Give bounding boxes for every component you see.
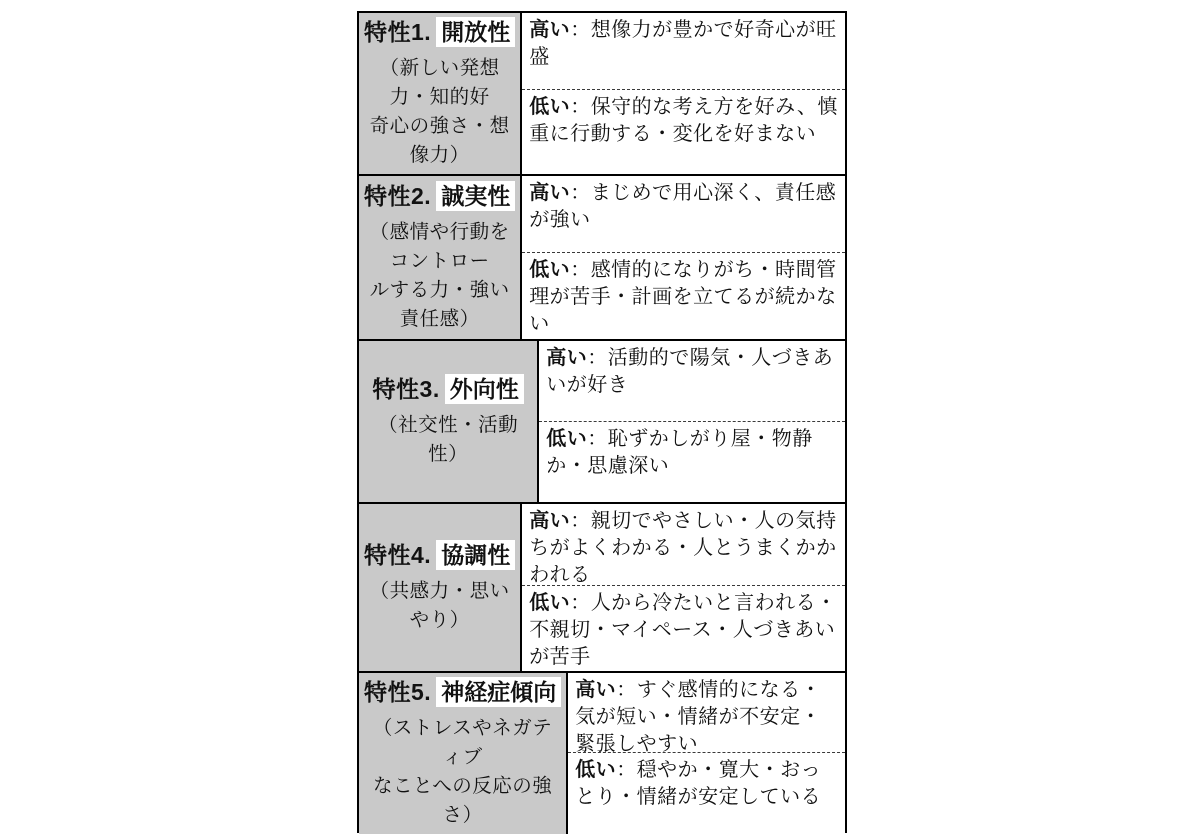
high-description: 高い：親切でやさしい・人の気持ちがよくわかる・人とうまくかかわれる: [522, 504, 845, 586]
low-label: 低い: [529, 96, 570, 118]
colon: ：: [570, 19, 591, 41]
colon: ：: [570, 592, 591, 614]
colon: ：: [616, 679, 637, 701]
low-description: 低い：保守的な考え方を好み、慎重に行動する・変化を好まない: [522, 90, 845, 174]
trait-row-conscientiousness: 特性2.誠実性 （感情や行動をコントロー ルする力・強い責任感） 高い：まじめで…: [359, 176, 845, 341]
trait-number: 特性4.: [364, 542, 431, 568]
trait-name: 外向性: [445, 374, 524, 404]
trait-subtitle: （感情や行動をコントロー ルする力・強い責任感）: [364, 218, 515, 334]
trait-subtitle: （共感力・思いやり）: [364, 577, 515, 635]
trait-subtitle: （社交性・活動性）: [364, 411, 532, 469]
colon: ：: [570, 259, 591, 281]
high-label: 高い: [546, 347, 587, 369]
low-label: 低い: [546, 428, 587, 450]
trait-header-cell: 特性4.協調性 （共感力・思いやり）: [359, 504, 522, 671]
low-label: 低い: [529, 592, 570, 614]
trait-title: 特性5.神経症傾向: [364, 677, 561, 707]
colon: ：: [570, 96, 591, 118]
low-label: 低い: [529, 259, 570, 281]
trait-subtitle: （ストレスやネガティブ なことへの反応の強さ）: [364, 714, 561, 830]
low-description: 低い：恥ずかしがり屋・物静か・思慮深い: [539, 422, 845, 502]
trait-row-extraversion: 特性3.外向性 （社交性・活動性） 高い：活動的で陽気・人づきあいが好き 低い：…: [359, 341, 845, 504]
high-description: 高い：想像力が豊かで好奇心が旺盛: [522, 13, 845, 90]
personality-traits-table: 特性1.開放性 （新しい発想力・知的好 奇心の強さ・想像力） 高い：想像力が豊か…: [357, 11, 847, 833]
trait-descriptions-cell: 高い：活動的で陽気・人づきあいが好き 低い：恥ずかしがり屋・物静か・思慮深い: [539, 341, 845, 502]
high-description: 高い：まじめで用心深く、責任感が強い: [522, 176, 845, 253]
colon: ：: [570, 182, 591, 204]
trait-row-neuroticism: 特性5.神経症傾向 （ストレスやネガティブ なことへの反応の強さ） 高い：すぐ感…: [359, 673, 845, 834]
trait-descriptions-cell: 高い：すぐ感情的になる・気が短い・情緒が不安定・緊張しやすい 低い：穏やか・寛大…: [568, 673, 845, 834]
trait-name: 神経症傾向: [436, 677, 561, 707]
trait-row-openness: 特性1.開放性 （新しい発想力・知的好 奇心の強さ・想像力） 高い：想像力が豊か…: [359, 13, 845, 176]
trait-descriptions-cell: 高い：親切でやさしい・人の気持ちがよくわかる・人とうまくかかわれる 低い：人から…: [522, 504, 845, 671]
trait-number: 特性5.: [364, 679, 431, 705]
colon: ：: [587, 428, 608, 450]
trait-descriptions-cell: 高い：まじめで用心深く、責任感が強い 低い：感情的になりがち・時間管理が苦手・計…: [522, 176, 845, 339]
trait-title: 特性3.外向性: [373, 374, 524, 404]
trait-header-cell: 特性2.誠実性 （感情や行動をコントロー ルする力・強い責任感）: [359, 176, 522, 339]
trait-number: 特性3.: [373, 376, 440, 402]
high-label: 高い: [575, 679, 616, 701]
trait-name: 協調性: [436, 540, 515, 570]
trait-title: 特性4.協調性: [364, 540, 515, 570]
trait-number: 特性2.: [364, 183, 431, 209]
low-description: 低い：感情的になりがち・時間管理が苦手・計画を立てるが続かない: [522, 253, 845, 339]
trait-name: 誠実性: [436, 181, 515, 211]
trait-title: 特性2.誠実性: [364, 181, 515, 211]
document-page: 特性1.開放性 （新しい発想力・知的好 奇心の強さ・想像力） 高い：想像力が豊か…: [0, 0, 1200, 840]
colon: ：: [587, 347, 608, 369]
trait-number: 特性1.: [364, 19, 431, 45]
trait-header-cell: 特性5.神経症傾向 （ストレスやネガティブ なことへの反応の強さ）: [359, 673, 568, 834]
low-label: 低い: [575, 759, 616, 781]
colon: ：: [570, 510, 591, 532]
low-description: 低い：穏やか・寛大・おっとり・情緒が安定している: [568, 753, 845, 834]
trait-name: 開放性: [436, 17, 515, 47]
trait-descriptions-cell: 高い：想像力が豊かで好奇心が旺盛 低い：保守的な考え方を好み、慎重に行動する・変…: [522, 13, 845, 174]
colon: ：: [616, 759, 637, 781]
high-label: 高い: [529, 510, 570, 532]
trait-header-cell: 特性1.開放性 （新しい発想力・知的好 奇心の強さ・想像力）: [359, 13, 522, 174]
high-label: 高い: [529, 182, 570, 204]
trait-header-cell: 特性3.外向性 （社交性・活動性）: [359, 341, 539, 502]
high-description: 高い：活動的で陽気・人づきあいが好き: [539, 341, 845, 422]
trait-title: 特性1.開放性: [364, 17, 515, 47]
trait-row-agreeableness: 特性4.協調性 （共感力・思いやり） 高い：親切でやさしい・人の気持ちがよくわか…: [359, 504, 845, 673]
trait-subtitle: （新しい発想力・知的好 奇心の強さ・想像力）: [364, 54, 515, 170]
low-description: 低い：人から冷たいと言われる・不親切・マイペース・人づきあいが苦手: [522, 586, 845, 671]
high-description: 高い：すぐ感情的になる・気が短い・情緒が不安定・緊張しやすい: [568, 673, 845, 753]
high-label: 高い: [529, 19, 570, 41]
